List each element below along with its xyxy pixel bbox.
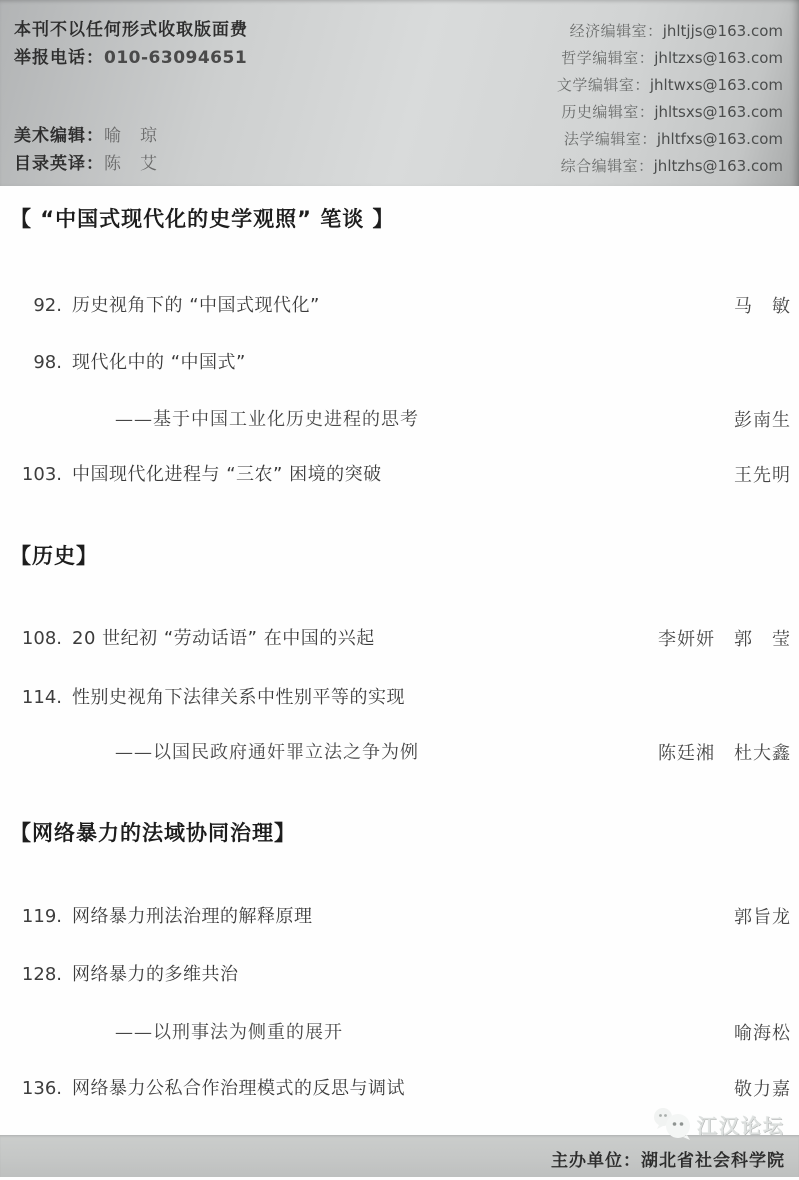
watermark-title: 江汉论坛 (697, 1110, 785, 1139)
toc-entry: 98.现代化中的 “中国式” (14, 348, 791, 374)
entry-title: 现代化中的 “中国式” (72, 352, 246, 373)
entry-authors: 敬力嘉 (734, 1075, 791, 1101)
email-address: jhltfxs@163.com (657, 130, 783, 148)
entry-page-number: 136. (14, 1078, 62, 1099)
email-line-philosophy: 哲学编辑室：jhltzxs@163.com (557, 45, 783, 72)
translator-label: 目录英译： (14, 154, 104, 174)
no-fee-notice: 本刊不以任何形式收取版面费 (14, 16, 248, 44)
toc-entry: 136.网络暴力公私合作治理模式的反思与调试 敬力嘉 (14, 1074, 791, 1100)
email-line-general: 综合编辑室：jhltzhs@163.com (557, 153, 783, 180)
section-heading-modernization: 【 “中国式现代化的史学观照” 笔谈 】 (10, 203, 395, 233)
entry-title: 中国现代化进程与 “三农” 困境的突破 (72, 464, 382, 485)
email-line-law: 法学编辑室：jhltfxs@163.com (557, 126, 783, 153)
entry-subtitle: ——以刑事法为侧重的展开 (115, 1022, 343, 1043)
translator-line: 目录英译：陈 艾 (14, 150, 158, 178)
toc-entry: 92.历史视角下的 “中国式现代化” 马 敏 (14, 291, 791, 317)
email-address: jhltwxs@163.com (650, 76, 783, 94)
entry-page-number: 92. (14, 295, 62, 316)
journal-toc-page: 本刊不以任何形式收取版面费 举报电话：010-63094651 美术编辑：喻 琼… (0, 0, 799, 1180)
no-fee-notice-text: 本刊不以任何形式收取版面费 (14, 20, 248, 40)
entry-page-number: 128. (14, 964, 62, 985)
toc-entry-subtitle: ——以国民政府通奸罪立法之争为例 陈廷湘 杜大鑫 (115, 738, 791, 764)
entry-title: 20 世纪初 “劳动话语” 在中国的兴起 (72, 628, 375, 649)
art-editor-name: 喻 琼 (104, 126, 158, 146)
header-band: 本刊不以任何形式收取版面费 举报电话：010-63094651 美术编辑：喻 琼… (0, 0, 799, 186)
toc-entry: 128.网络暴力的多维共治 (14, 960, 791, 986)
watermark: 江汉论坛 (651, 1106, 785, 1142)
entry-title: 历史视角下的 “中国式现代化” (72, 295, 320, 316)
header-left-bottom: 美术编辑：喻 琼 目录英译：陈 艾 (14, 122, 158, 178)
email-label: 历史编辑室： (561, 103, 654, 121)
header-left-top: 本刊不以任何形式收取版面费 举报电话：010-63094651 (14, 16, 248, 72)
art-editor-label: 美术编辑： (14, 126, 104, 146)
entry-authors: 李妍妍 郭 莹 (658, 625, 791, 651)
entry-authors: 彭南生 (734, 406, 791, 432)
email-address: jhltzxs@163.com (654, 49, 783, 67)
report-phone-line: 举报电话：010-63094651 (14, 44, 248, 72)
entry-authors: 陈廷湘 杜大鑫 (658, 739, 791, 765)
toc-entry: 119.网络暴力刑法治理的解释原理 郭旨龙 (14, 902, 791, 928)
email-label: 法学编辑室： (564, 130, 657, 148)
report-phone-number: 010-63094651 (104, 48, 247, 68)
entry-authors: 郭旨龙 (734, 903, 791, 929)
translator-name: 陈 艾 (104, 154, 158, 174)
email-address: jhltjjs@163.com (663, 22, 783, 40)
editorial-emails: 经济编辑室：jhltjjs@163.com 哲学编辑室：jhltzxs@163.… (557, 18, 783, 180)
email-line-literature: 文学编辑室：jhltwxs@163.com (557, 72, 783, 99)
email-address: jhltsxs@163.com (654, 103, 783, 121)
email-line-economics: 经济编辑室：jhltjjs@163.com (557, 18, 783, 45)
chat-bubbles-logo-icon (651, 1106, 695, 1142)
email-label: 文学编辑室： (557, 76, 650, 94)
email-address: jhltzhs@163.com (654, 157, 783, 175)
toc-entry: 108.20 世纪初 “劳动话语” 在中国的兴起 李妍妍 郭 莹 (14, 624, 791, 650)
entry-page-number: 114. (14, 687, 62, 708)
entry-authors: 喻海松 (734, 1019, 791, 1045)
toc-entry-subtitle: ——基于中国工业化历史进程的思考 彭南生 (115, 405, 791, 431)
entry-authors: 王先明 (734, 461, 791, 487)
entry-page-number: 98. (14, 352, 62, 373)
email-line-history: 历史编辑室：jhltsxs@163.com (557, 99, 783, 126)
section-heading-history: 【历史】 (10, 540, 98, 570)
entry-authors: 马 敏 (734, 292, 791, 318)
section-heading-cyber-violence: 【网络暴力的法域协同治理】 (10, 817, 296, 847)
email-label: 经济编辑室： (570, 22, 663, 40)
email-label: 综合编辑室： (561, 157, 654, 175)
entry-title: 网络暴力刑法治理的解释原理 (72, 906, 313, 927)
toc-entry-subtitle: ——以刑事法为侧重的展开 喻海松 (115, 1018, 791, 1044)
entry-subtitle: ——以国民政府通奸罪立法之争为例 (115, 742, 419, 763)
entry-subtitle: ——基于中国工业化历史进程的思考 (115, 409, 419, 430)
email-label: 哲学编辑室： (561, 49, 654, 67)
entry-title: 网络暴力的多维共治 (72, 964, 239, 985)
report-phone-label: 举报电话： (14, 48, 104, 68)
toc-entry: 103.中国现代化进程与 “三农” 困境的突破 王先明 (14, 460, 791, 486)
entry-title: 网络暴力公私合作治理模式的反思与调试 (72, 1078, 405, 1099)
entry-page-number: 108. (14, 628, 62, 649)
organizer-text: 主办单位：湖北省社会科学院 (551, 1146, 785, 1171)
entry-page-number: 103. (14, 464, 62, 485)
entry-page-number: 119. (14, 906, 62, 927)
toc-entry: 114.性别史视角下法律关系中性别平等的实现 (14, 683, 791, 709)
art-editor-line: 美术编辑：喻 琼 (14, 122, 158, 150)
entry-title: 性别史视角下法律关系中性别平等的实现 (72, 687, 405, 708)
